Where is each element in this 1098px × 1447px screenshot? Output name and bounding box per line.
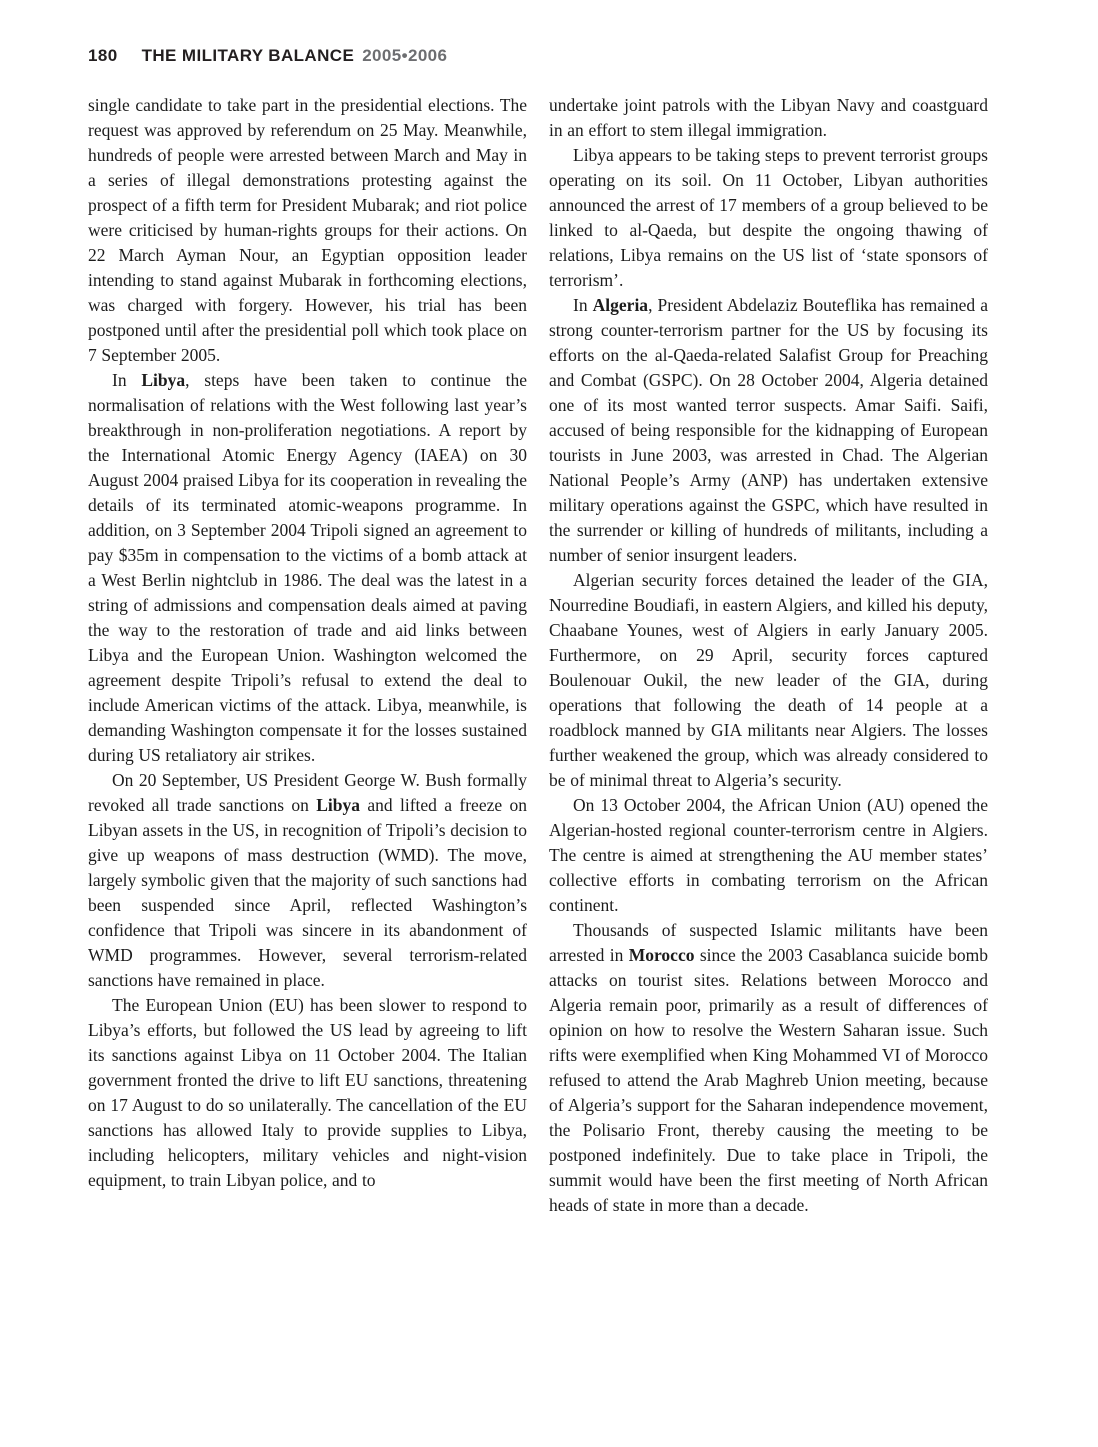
- paragraph: Algerian security forces detained the le…: [549, 568, 988, 793]
- paragraph: single candidate to take part in the pre…: [88, 93, 527, 368]
- paragraph: The European Union (EU) has been slower …: [88, 993, 527, 1193]
- body-text: Algerian security forces detained the le…: [549, 570, 988, 790]
- body-text: The European Union (EU) has been slower …: [88, 995, 527, 1190]
- body-text: Libya appears to be taking steps to prev…: [549, 145, 988, 290]
- page-number: 180: [88, 46, 118, 66]
- body-text: , President Abdelaziz Bouteflika has rem…: [549, 295, 988, 565]
- paragraph: In Libya, steps have been taken to conti…: [88, 368, 527, 768]
- paragraph: Thousands of suspected Islamic militants…: [549, 918, 988, 1218]
- country-name-bold: Libya: [141, 370, 185, 390]
- body-text: and lifted a freeze on Libyan assets in …: [88, 795, 527, 990]
- document-page: 180 THE MILITARY BALANCE 2005•2006 singl…: [0, 0, 1098, 1447]
- body-text: , steps have been taken to continue the …: [88, 370, 527, 765]
- left-column: single candidate to take part in the pre…: [88, 93, 527, 1218]
- two-column-text-body: single candidate to take part in the pre…: [88, 93, 988, 1218]
- body-text: On 13 October 2004, the African Union (A…: [549, 795, 988, 915]
- body-text: In: [573, 295, 593, 315]
- body-text: since the 2003 Casablanca suicide bomb a…: [549, 945, 988, 1215]
- paragraph: undertake joint patrols with the Libyan …: [549, 93, 988, 143]
- paragraph: In Algeria, President Abdelaziz Boutefli…: [549, 293, 988, 568]
- paragraph: On 13 October 2004, the African Union (A…: [549, 793, 988, 918]
- book-title: THE MILITARY BALANCE: [142, 46, 355, 66]
- country-name-bold: Morocco: [629, 945, 695, 965]
- body-text: In: [112, 370, 141, 390]
- right-column: undertake joint patrols with the Libyan …: [549, 93, 988, 1218]
- body-text: undertake joint patrols with the Libyan …: [549, 95, 988, 140]
- country-name-bold: Libya: [316, 795, 360, 815]
- edition-years: 2005•2006: [362, 46, 447, 66]
- body-text: single candidate to take part in the pre…: [88, 95, 527, 365]
- page-header: 180 THE MILITARY BALANCE 2005•2006: [88, 46, 988, 66]
- country-name-bold: Algeria: [593, 295, 648, 315]
- paragraph: Libya appears to be taking steps to prev…: [549, 143, 988, 293]
- paragraph: On 20 September, US President George W. …: [88, 768, 527, 993]
